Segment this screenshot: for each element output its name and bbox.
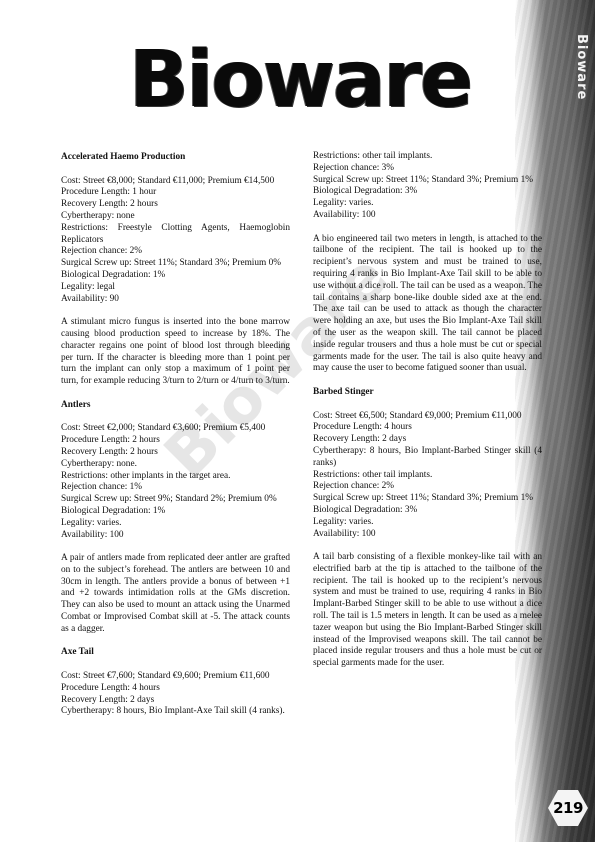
stat-biological-degradation: Biological Degradation: 3% xyxy=(313,186,542,198)
stat-recovery-length: Recovery Length: 2 days xyxy=(61,695,290,707)
stat-surgical-screw-up: Surgical Screw up: Street 11%; Standard … xyxy=(61,258,290,270)
section-heading: Accelerated Haemo Production xyxy=(61,152,290,164)
stat-rejection-chance: Rejection chance: 2% xyxy=(61,246,290,258)
stat-availability: Availability: 100 xyxy=(313,210,542,222)
section-description: A tail barb consisting of a flexible mon… xyxy=(313,552,542,670)
stat-recovery-length: Recovery Length: 2 days xyxy=(313,434,542,446)
stat-cybertherapy: Cybertherapy: 8 hours, Bio Implant-Barbe… xyxy=(313,446,542,470)
side-chapter-title: Bioware xyxy=(574,34,589,100)
page-number-badge: 219 xyxy=(548,790,588,826)
stat-restrictions: Restrictions: other tail implants. xyxy=(313,470,542,482)
stat-cost: Cost: Street €7,600; Standard €9,600; Pr… xyxy=(61,671,290,683)
stat-surgical-screw-up: Surgical Screw up: Street 11%; Standard … xyxy=(313,493,542,505)
stat-procedure-length: Procedure Length: 2 hours xyxy=(61,435,290,447)
stat-cybertherapy: Cybertherapy: none xyxy=(61,211,290,223)
stat-cybertherapy: Cybertherapy: 8 hours, Bio Implant-Axe T… xyxy=(61,706,290,718)
stat-rejection-chance: Rejection chance: 1% xyxy=(61,482,290,494)
section-axe-tail: Axe Tail Cost: Street €7,600; Standard €… xyxy=(61,647,290,718)
stat-biological-degradation: Biological Degradation: 1% xyxy=(61,506,290,518)
section-description: A bio engineered tail two meters in leng… xyxy=(313,234,542,376)
section-antlers: Antlers Cost: Street €2,000; Standard €3… xyxy=(61,400,290,636)
stat-block: Cost: Street €2,000; Standard €3,600; Pr… xyxy=(61,423,290,541)
stat-restrictions: Restrictions: other tail implants. xyxy=(313,151,542,163)
stat-biological-degradation: Biological Degradation: 1% xyxy=(61,270,290,282)
section-heading: Antlers xyxy=(61,400,290,412)
left-column: Accelerated Haemo Production Cost: Stree… xyxy=(61,152,290,730)
stat-block: Cost: Street €7,600; Standard €9,600; Pr… xyxy=(61,671,290,718)
stat-legality: Legality: varies. xyxy=(313,517,542,529)
section-heading: Axe Tail xyxy=(61,647,290,659)
section-description: A pair of antlers made from replicated d… xyxy=(61,553,290,636)
stat-restrictions: Restrictions: other implants in the targ… xyxy=(61,471,290,483)
stat-cost: Cost: Street €8,000; Standard €11,000; P… xyxy=(61,176,290,188)
stat-block: Cost: Street €8,000; Standard €11,000; P… xyxy=(61,176,290,306)
chapter-title: Bioware xyxy=(120,40,480,120)
stat-legality: Legality: varies. xyxy=(313,198,542,210)
stat-procedure-length: Procedure Length: 4 hours xyxy=(313,422,542,434)
stat-procedure-length: Procedure Length: 4 hours xyxy=(61,683,290,695)
right-column: Restrictions: other tail implants. Rejec… xyxy=(313,151,542,682)
section-accelerated-haemo-production: Accelerated Haemo Production Cost: Stree… xyxy=(61,152,290,388)
stat-cost: Cost: Street €2,000; Standard €3,600; Pr… xyxy=(61,423,290,435)
stat-block: Cost: Street €6,500; Standard €9,000; Pr… xyxy=(313,411,542,541)
section-heading: Barbed Stinger xyxy=(313,387,542,399)
stat-recovery-length: Recovery Length: 2 hours xyxy=(61,447,290,459)
stat-recovery-length: Recovery Length: 2 hours xyxy=(61,199,290,211)
stat-legality: Legality: varies. xyxy=(61,518,290,530)
stat-availability: Availability: 90 xyxy=(61,294,290,306)
stat-block: Restrictions: other tail implants. Rejec… xyxy=(313,151,542,222)
stat-biological-degradation: Biological Degradation: 3% xyxy=(313,505,542,517)
stat-cost: Cost: Street €6,500; Standard €9,000; Pr… xyxy=(313,411,542,423)
stat-legality: Legality: legal xyxy=(61,282,290,294)
section-description: A stimulant micro fungus is inserted int… xyxy=(61,317,290,388)
section-axe-tail-continued: Restrictions: other tail implants. Rejec… xyxy=(313,151,542,375)
stat-procedure-length: Procedure Length: 1 hour xyxy=(61,187,290,199)
stat-rejection-chance: Rejection chance: 2% xyxy=(313,481,542,493)
page-number: 219 xyxy=(553,799,583,817)
stat-surgical-screw-up: Surgical Screw up: Street 11%; Standard … xyxy=(313,175,542,187)
stat-availability: Availability: 100 xyxy=(61,530,290,542)
stat-rejection-chance: Rejection chance: 3% xyxy=(313,163,542,175)
section-barbed-stinger: Barbed Stinger Cost: Street €6,500; Stan… xyxy=(313,387,542,670)
stat-restrictions: Restrictions: Freestyle Clotting Agents,… xyxy=(61,223,290,247)
stat-cybertherapy: Cybertherapy: none. xyxy=(61,459,290,471)
stat-availability: Availability: 100 xyxy=(313,529,542,541)
stat-surgical-screw-up: Surgical Screw up: Street 9%; Standard 2… xyxy=(61,494,290,506)
